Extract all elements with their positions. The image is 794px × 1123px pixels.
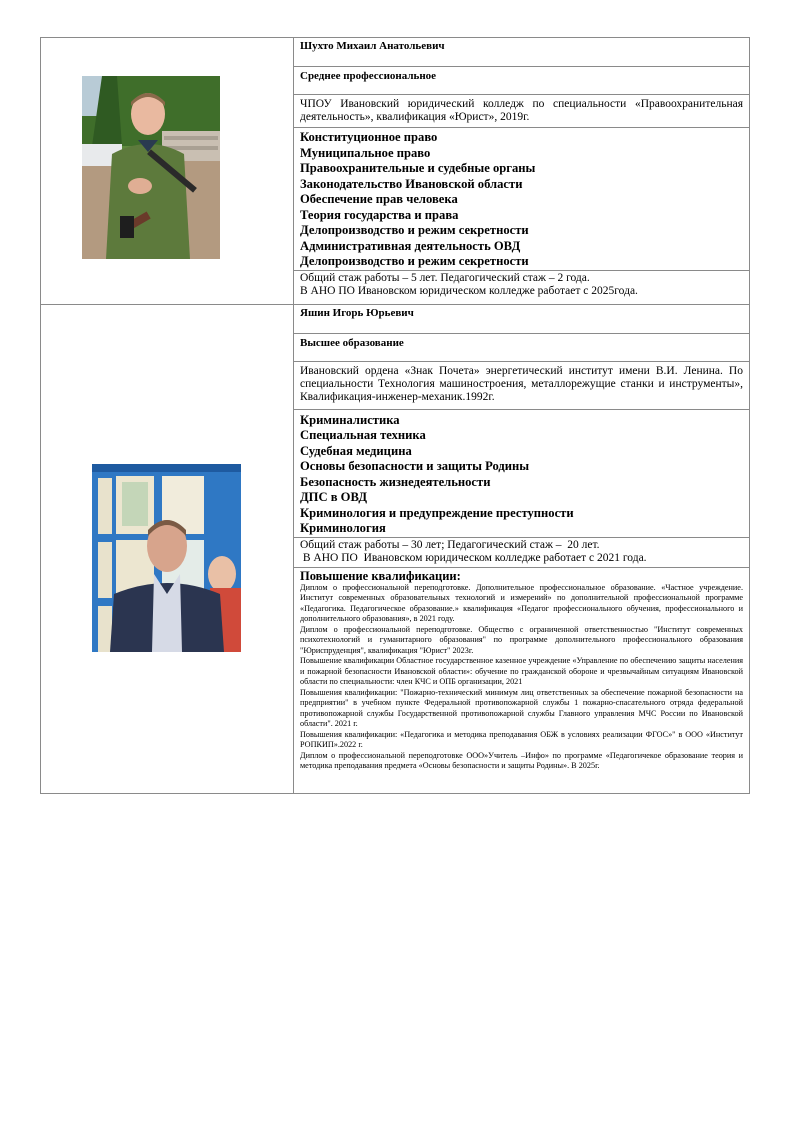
info-cell: Яшин Игорь Юрьевич Высшее образование Ив… <box>294 304 750 793</box>
subject-item: Административная деятельность ОВД <box>300 239 743 255</box>
subject-item: Безопасность жизнедеятельности <box>300 475 743 491</box>
experience-line: Общий стаж работы – 5 лет. Педагогически… <box>300 272 743 285</box>
subjects-list: Криминалистика Специальная техника Судеб… <box>294 410 749 538</box>
staff-name: Яшин Игорь Юрьевич <box>294 305 749 334</box>
info-cell: Шухто Михаил Анатольевич Среднее професс… <box>294 38 750 305</box>
education-level: Высшее образование <box>294 334 749 362</box>
experience-line: В АНО ПО Ивановском юридическом колледже… <box>300 285 743 298</box>
subject-item: Делопроизводство и режим секретности <box>300 223 743 239</box>
experience: Общий стаж работы – 5 лет. Педагогически… <box>294 271 749 304</box>
staff-photo-1 <box>82 76 220 259</box>
experience-line: Общий стаж работы – 30 лет; Педагогическ… <box>300 539 743 552</box>
education-text: ЧПОУ Ивановский юридический колледж по с… <box>294 95 749 128</box>
subject-item: Правоохранительные и судебные органы <box>300 161 743 177</box>
subject-item: Конституционное право <box>300 130 743 146</box>
staff-name: Шухто Михаил Анатольевич <box>294 38 749 67</box>
subject-item: ДПС в ОВД <box>300 490 743 506</box>
staff-table: Шухто Михаил Анатольевич Среднее професс… <box>40 37 750 794</box>
subject-item: Судебная медицина <box>300 444 743 460</box>
qualification-item: Диплом о профессиональной переподготовке… <box>300 751 743 772</box>
photo-cell <box>41 304 294 793</box>
qualification-item: Повышения квалификации: «Педагогика и ме… <box>300 730 743 751</box>
experience-line: В АНО ПО Ивановском юридическом колледже… <box>300 552 743 565</box>
subject-item: Обеспечение прав человека <box>300 192 743 208</box>
qualification-item: Диплом о профессиональной переподготовке… <box>300 583 743 625</box>
qualifications: Повышение квалификации: Диплом о професс… <box>294 568 749 772</box>
staff-row: Яшин Игорь Юрьевич Высшее образование Ив… <box>41 304 750 793</box>
qualification-item: Повышение квалификации Областное государ… <box>300 656 743 688</box>
subject-item: Теория государства и права <box>300 208 743 224</box>
qualification-item: Диплом о профессиональной переподготовке… <box>300 625 743 657</box>
education-level: Среднее профессиональное <box>294 67 749 95</box>
experience: Общий стаж работы – 30 лет; Педагогическ… <box>294 538 749 568</box>
subject-item: Законодательство Ивановской области <box>300 177 743 193</box>
subject-item: Специальная техника <box>300 428 743 444</box>
subject-item: Основы безопасности и защиты Родины <box>300 459 743 475</box>
subject-item: Криминалистика <box>300 413 743 429</box>
qualification-title: Повышение квалификации: <box>300 569 743 583</box>
subject-item: Делопроизводство и режим секретности <box>300 254 743 270</box>
subject-item: Криминология <box>300 521 743 537</box>
qualification-item: Повышения квалификации: "Пожарно-техниче… <box>300 688 743 730</box>
staff-row: Шухто Михаил Анатольевич Среднее професс… <box>41 38 750 305</box>
photo-cell <box>41 38 294 305</box>
education-text: Ивановский ордена «Знак Почета» энергети… <box>294 362 749 410</box>
subject-item: Муниципальное право <box>300 146 743 162</box>
staff-photo-2 <box>92 464 241 652</box>
subject-item: Криминология и предупреждение преступнос… <box>300 506 743 522</box>
subjects-list: Конституционное право Муниципальное прав… <box>294 128 749 271</box>
